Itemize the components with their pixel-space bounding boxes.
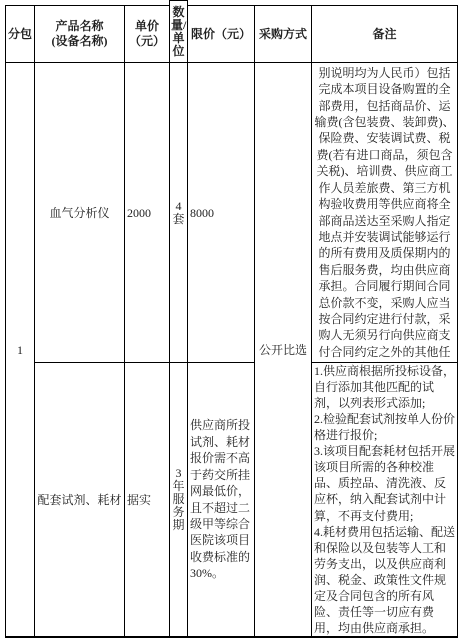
cell-product-row2: 配套试剂、耗材 bbox=[35, 363, 125, 637]
qty-unit-row2: 3年服务期 bbox=[171, 467, 186, 532]
product-name-row2: 配套试剂、耗材 bbox=[37, 492, 122, 508]
cell-price-limit-row2: 供应商所投试剂、耗材报价需不高于药交所挂网最低价，且不超过二级甲等综合医院该项目… bbox=[188, 363, 255, 637]
column-header-unit-price-label: 单价 （元） bbox=[127, 19, 167, 49]
column-header-method: 采购方式 bbox=[255, 6, 312, 63]
product-name-row1: 血气分析仪 bbox=[37, 205, 122, 221]
unit-price-row1: 2000 bbox=[127, 205, 167, 221]
price-limit-row1: 8000 bbox=[190, 205, 252, 221]
cell-unit-price-row2: 据实 bbox=[125, 363, 170, 637]
column-header-product: 产品名称 (设备名称) bbox=[35, 6, 125, 63]
cell-remarks-row1: 报价（货币币制如未作特别说明均为人民币）包括完成本项目设备购置的全部费用，包括商… bbox=[312, 63, 458, 363]
column-header-unit-price: 单价 （元） bbox=[125, 6, 170, 63]
unit-price-row2: 据实 bbox=[127, 492, 167, 508]
remarks-text-row2: 1.供应商根据所投标设备，自行添加其他匹配的试剂，以列表形式添加; 2.检验配套… bbox=[314, 363, 455, 636]
column-header-package-label: 分包 bbox=[8, 27, 32, 42]
package-number-value: 1 bbox=[8, 342, 32, 358]
procurement-table-document: 分包 产品名称 (设备名称) 单价 （元） 数量/单位 限价（元） 采购方式 备… bbox=[5, 5, 458, 638]
column-header-method-label: 采购方式 bbox=[257, 27, 309, 42]
qty-unit-row1: 4套 bbox=[171, 200, 186, 226]
column-header-product-label: 产品名称 (设备名称) bbox=[37, 19, 122, 49]
column-header-price-limit-label: 限价（元） bbox=[190, 27, 252, 42]
procurement-method-value: 公开比选 bbox=[257, 342, 309, 358]
cell-procurement-method: 公开比选 bbox=[255, 63, 312, 637]
cell-remarks-row2: 1.供应商根据所投标设备，自行添加其他匹配的试剂，以列表形式添加; 2.检验配套… bbox=[312, 363, 458, 637]
cell-product-row1: 血气分析仪 bbox=[35, 63, 125, 363]
remarks-text-row1: 报价（货币币制如未作特别说明均为人民币）包括完成本项目设备购置的全部费用，包括商… bbox=[314, 63, 455, 363]
column-header-remarks: 备注 bbox=[312, 6, 458, 63]
cell-unit-price-row1: 2000 bbox=[125, 63, 170, 363]
cell-qty-unit-row1: 4套 bbox=[170, 63, 188, 363]
column-header-package: 分包 bbox=[6, 6, 35, 63]
cell-package-number: 1 bbox=[6, 63, 35, 637]
procurement-table: 分包 产品名称 (设备名称) 单价 （元） 数量/单位 限价（元） 采购方式 备… bbox=[5, 5, 458, 638]
column-header-qty-unit: 数量/单位 bbox=[170, 6, 188, 63]
column-header-price-limit: 限价（元） bbox=[188, 6, 255, 63]
column-header-remarks-label: 备注 bbox=[314, 27, 455, 42]
cell-qty-unit-row2: 3年服务期 bbox=[170, 363, 188, 637]
price-limit-row2: 供应商所投试剂、耗材报价需不高于药交所挂网最低价，且不超过二级甲等综合医院该项目… bbox=[190, 417, 252, 581]
column-header-qty-unit-label: 数量/单位 bbox=[171, 6, 186, 58]
cell-price-limit-row1: 8000 bbox=[188, 63, 255, 363]
